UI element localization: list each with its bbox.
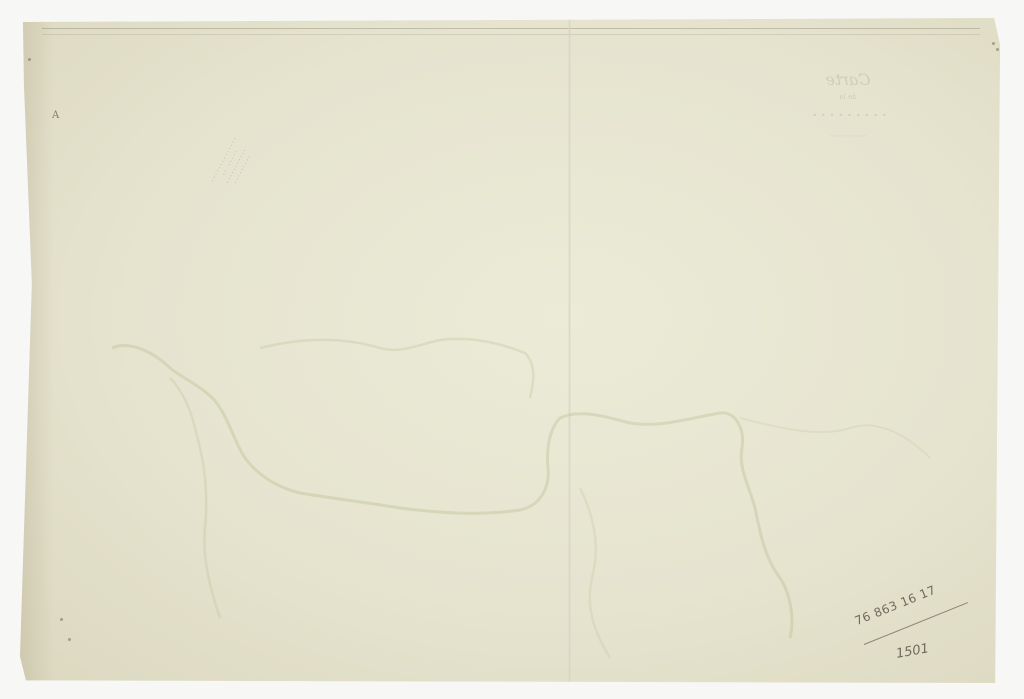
showthrough-title: Carte de la ········· ············· bbox=[728, 70, 968, 142]
price-mark: 1501 bbox=[895, 641, 930, 662]
foxing-spot bbox=[996, 48, 999, 51]
showthrough-title-line: de la bbox=[728, 93, 968, 101]
pencil-annotation: 76 863 16 17 1501 bbox=[852, 604, 992, 674]
library-stamp: ·············· ·· ····· ··········· ····… bbox=[200, 119, 267, 212]
plate-mark-line-inner bbox=[42, 34, 980, 35]
map-sheet-verso: Carte de la ········· ············· ····… bbox=[20, 18, 1008, 683]
foxing-spot bbox=[68, 638, 71, 641]
plate-mark-line bbox=[42, 28, 980, 29]
foxing-spot bbox=[28, 58, 31, 61]
showthrough-title-line: ········· bbox=[728, 105, 968, 126]
showthrough-title-line: Carte bbox=[728, 70, 968, 89]
showthrough-title-line: ············· bbox=[728, 132, 968, 142]
foxing-spot bbox=[992, 42, 995, 45]
sheet-left-edge bbox=[20, 18, 54, 683]
center-fold bbox=[568, 18, 571, 683]
foxing-spot bbox=[60, 618, 63, 621]
corner-letter-mark: A bbox=[52, 110, 59, 121]
